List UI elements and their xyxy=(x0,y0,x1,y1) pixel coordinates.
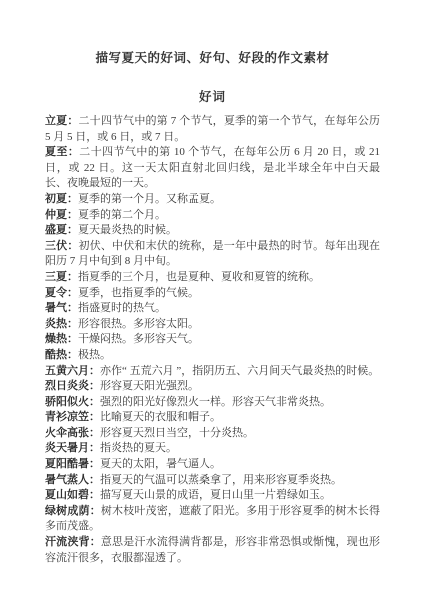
entry: 立夏：二十四节气中的第 7 个节气，夏季的第一个节气，在每年公历 5 月 5 日… xyxy=(45,114,380,145)
entry-term: 夏至： xyxy=(45,146,79,158)
entry-term: 盛夏： xyxy=(45,224,78,236)
entry-term: 五黄六月： xyxy=(45,365,100,377)
entry-desc: 二十四节气中的第 10 个节气，在每年公历 6 月 20 日，或 21 日，或 … xyxy=(45,146,380,189)
entry: 骄阳似火：强烈的阳光好像烈火一样。形容天气非常炎热。 xyxy=(45,395,380,411)
entry: 夏令：夏季，也指夏季的气候。 xyxy=(45,286,380,302)
document-title: 描写夏天的好词、好句、好段的作文素材 xyxy=(45,48,380,66)
entry: 青衫凉笠：比喻夏天的衣服和帽子。 xyxy=(45,410,380,426)
entries-list: 立夏：二十四节气中的第 7 个节气，夏季的第一个节气，在每年公历 5 月 5 日… xyxy=(45,114,380,566)
entry: 夏至：二十四节气中的第 10 个节气，在每年公历 6 月 20 日，或 21 日… xyxy=(45,145,380,192)
entry-desc: 夏天的太阳，暑气逼人。 xyxy=(100,458,221,470)
entry-term: 暑气： xyxy=(45,302,78,314)
entry-desc: 形容很热。多形容太阳。 xyxy=(78,318,199,330)
entry-desc: 亦作“ 五荒六月 ”，指阴历五、六月间天气最炎热的时候。 xyxy=(100,365,379,377)
entry: 夏山如碧：描写夏天山景的成语，夏日山里一片碧绿如玉。 xyxy=(45,488,380,504)
entry-term: 暑气蒸人： xyxy=(45,474,100,486)
entry-term: 三伏： xyxy=(45,240,79,252)
entry-desc: 二十四节气中的第 7 个节气，夏季的第一个节气，在每年公历 5 月 5 日，或 … xyxy=(45,115,380,143)
entry-term: 炎热： xyxy=(45,318,78,330)
entry-desc: 夏季的第一个月。又称孟夏。 xyxy=(78,193,221,205)
entry: 盛夏：夏天最炎热的时候。 xyxy=(45,223,380,239)
entry-desc: 描写夏天山景的成语，夏日山里一片碧绿如玉。 xyxy=(100,489,331,501)
entry-term: 酷热： xyxy=(45,349,78,361)
entry: 燥热：干燥闷热。多形容天气。 xyxy=(45,332,380,348)
entry-desc: 极热。 xyxy=(78,349,111,361)
entry: 暑气蒸人：指夏天的气温可以蒸桑拿了，用来形容夏季炎热。 xyxy=(45,473,380,489)
entry-desc: 强烈的阳光好像烈火一样。形容天气非常炎热。 xyxy=(100,396,331,408)
entry-term: 烈日炎炎： xyxy=(45,380,100,392)
entry: 五黄六月：亦作“ 五荒六月 ”，指阴历五、六月间天气最炎热的时候。 xyxy=(45,364,380,380)
entry: 初夏：夏季的第一个月。又称孟夏。 xyxy=(45,192,380,208)
entry-term: 汗流浃背： xyxy=(45,536,101,548)
entry-term: 青衫凉笠： xyxy=(45,411,100,423)
entry-term: 立夏： xyxy=(45,115,79,127)
entry-term: 夏阳酷暑： xyxy=(45,458,100,470)
document-page: 描写夏天的好词、好句、好段的作文素材 好词 立夏：二十四节气中的第 7 个节气，… xyxy=(0,0,424,600)
entry-term: 夏山如碧： xyxy=(45,489,100,501)
entry-desc: 干燥闷热。多形容天气。 xyxy=(78,333,199,345)
entry-term: 初夏： xyxy=(45,193,78,205)
entry-desc: 形容夏天阳光强烈。 xyxy=(100,380,199,392)
entry: 炎天暑月：指炎热的夏天。 xyxy=(45,441,380,457)
entry: 三夏：指夏季的三个月，也是夏种、夏收和夏管的统称。 xyxy=(45,270,380,286)
entry-desc: 形容夏天烈日当空，十分炎热。 xyxy=(100,427,254,439)
entry: 仲夏：夏季的第二个月。 xyxy=(45,208,380,224)
entry-desc: 初伏、中伏和末伏的统称，是一年中最热的时节。每年出现在阳历 7 月中旬到 8 月… xyxy=(45,240,380,268)
entry-desc: 夏季的第二个月。 xyxy=(78,209,166,221)
entry: 火伞高张：形容夏天烈日当空，十分炎热。 xyxy=(45,426,380,442)
entry: 暑气：指盛夏时的热气。 xyxy=(45,301,380,317)
entry-desc: 指夏天的气温可以蒸桑拿了，用来形容夏季炎热。 xyxy=(100,474,342,486)
entry: 夏阳酷暑：夏天的太阳，暑气逼人。 xyxy=(45,457,380,473)
section-heading-good-words: 好词 xyxy=(45,87,380,105)
entry-term: 夏令： xyxy=(45,287,78,299)
entry-desc: 夏天最炎热的时候。 xyxy=(78,224,177,236)
entry-desc: 指夏季的三个月，也是夏种、夏收和夏管的统称。 xyxy=(78,271,320,283)
entry-term: 三夏： xyxy=(45,271,78,283)
entry-term: 炎天暑月： xyxy=(45,442,100,454)
entry-term: 绿树成荫： xyxy=(45,505,101,517)
entry-term: 骄阳似火： xyxy=(45,396,100,408)
entry: 酷热：极热。 xyxy=(45,348,380,364)
entry-term: 火伞高张： xyxy=(45,427,100,439)
entry: 三伏：初伏、中伏和末伏的统称，是一年中最热的时节。每年出现在阳历 7 月中旬到 … xyxy=(45,239,380,270)
entry-desc: 夏季，也指夏季的气候。 xyxy=(78,287,199,299)
entry: 烈日炎炎：形容夏天阳光强烈。 xyxy=(45,379,380,395)
entry-term: 燥热： xyxy=(45,333,78,345)
entry-desc: 指盛夏时的热气。 xyxy=(78,302,166,314)
entry-desc: 指炎热的夏天。 xyxy=(100,442,177,454)
entry: 炎热：形容很热。多形容太阳。 xyxy=(45,317,380,333)
entry: 绿树成荫：树木枝叶茂密，遮蔽了阳光。多用于形容夏季的树木长得多而茂盛。 xyxy=(45,504,380,535)
entry-desc: 比喻夏天的衣服和帽子。 xyxy=(100,411,221,423)
entry: 汗流浃背：意思是汗水流得满背都是，形容非常恐惧或惭愧，现也形容流汗很多，衣服都湿… xyxy=(45,535,380,566)
entry-term: 仲夏： xyxy=(45,209,78,221)
